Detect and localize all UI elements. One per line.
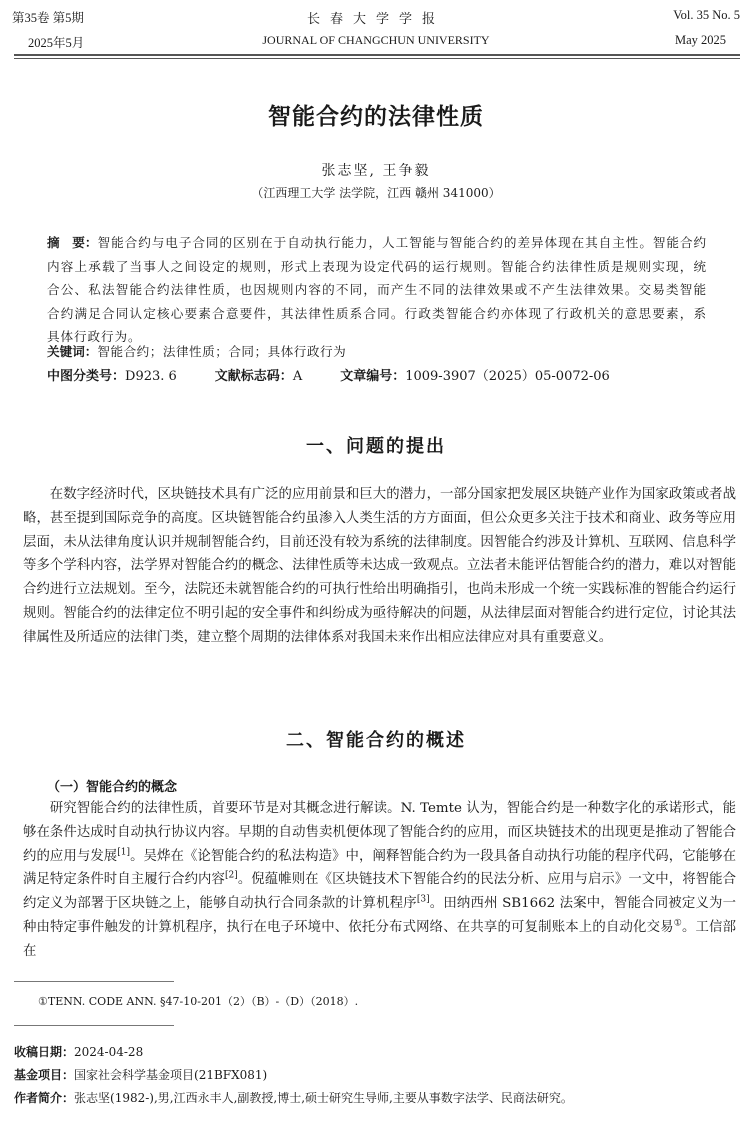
date-en: May 2025 <box>675 33 726 48</box>
clc-label: 中图分类号： <box>47 369 125 384</box>
journal-name-en: JOURNAL OF CHANGCHUN UNIVERSITY <box>0 33 752 48</box>
clc-value: D923. 6 <box>125 369 177 384</box>
header-rule-thick <box>14 54 740 56</box>
article-no-label: 文章编号： <box>340 369 405 384</box>
citation-ref-1[interactable]: [1] <box>117 847 130 857</box>
running-header: 第35卷 第5期 2025年5月 长春大学学报 JOURNAL OF CHANG… <box>0 0 752 60</box>
footnote-marker-1[interactable]: ① <box>674 919 682 929</box>
footnote-1: ①TENN. CODE ANN. §47-10-201（2）（B）-（D）（20… <box>38 993 358 1009</box>
doc-code-label: 文献标志码： <box>215 369 293 384</box>
citation-ref-3[interactable]: [3] <box>417 895 430 905</box>
author-affiliation: （江西理工大学 法学院，江西 赣州 341000） <box>0 184 752 201</box>
header-rule-thin <box>14 58 740 59</box>
citation-ref-2[interactable]: [2] <box>225 871 238 881</box>
metadata-rule <box>14 1025 174 1026</box>
abstract: 摘 要：智能合约与电子合同的区别在于自动执行能力，人工智能与智能合约的差异体现在… <box>47 231 707 349</box>
journal-name-cn: 长春大学学报 <box>0 8 752 27</box>
author-bio: 作者简介：张志坚(1982-),男,江西永丰人,副教授,博士,硕士研究生导师,主… <box>14 1089 573 1106</box>
section-heading-2: 二、智能合约的概述 <box>0 726 752 752</box>
article-authors: 张志坚, 王争毅 <box>0 160 752 180</box>
keywords-label: 关键词： <box>47 344 97 359</box>
article-no-value: 1009-3907（2025）05-0072-06 <box>405 369 610 384</box>
section-2-paragraph: 研究智能合约的法律性质，首要环节是对其概念进行解读。N. Temte 认为，智能… <box>23 797 736 964</box>
keywords-text: 智能合约；法律性质；合同；具体行政行为 <box>97 344 346 359</box>
section-heading-1: 一、问题的提出 <box>0 432 752 458</box>
article-title: 智能合约的法律性质 <box>0 98 752 131</box>
section-1-paragraph: 在数字经济时代，区块链技术具有广泛的应用前景和巨大的潜力，一部分国家把发展区块链… <box>23 483 736 650</box>
volume-issue-en: Vol. 35 No. 5 <box>673 8 740 23</box>
abstract-label: 摘 要： <box>47 235 98 250</box>
received-date: 收稿日期：2024-04-28 <box>14 1043 143 1060</box>
footnote-rule <box>14 981 174 982</box>
keywords: 关键词：智能合约；法律性质；合同；具体行政行为 <box>47 341 346 360</box>
classification-line: 中图分类号：D923. 6文献标志码：A文章编号：1009-3907（2025）… <box>47 365 610 384</box>
abstract-text: 智能合约与电子合同的区别在于自动执行能力，人工智能与智能合约的差异体现在其自主性… <box>47 235 707 344</box>
doc-code-value: A <box>293 369 302 384</box>
subsection-heading: （一）智能合约的概念 <box>47 776 177 795</box>
fund-project: 基金项目：国家社会科学基金项目(21BFX081) <box>14 1066 267 1083</box>
